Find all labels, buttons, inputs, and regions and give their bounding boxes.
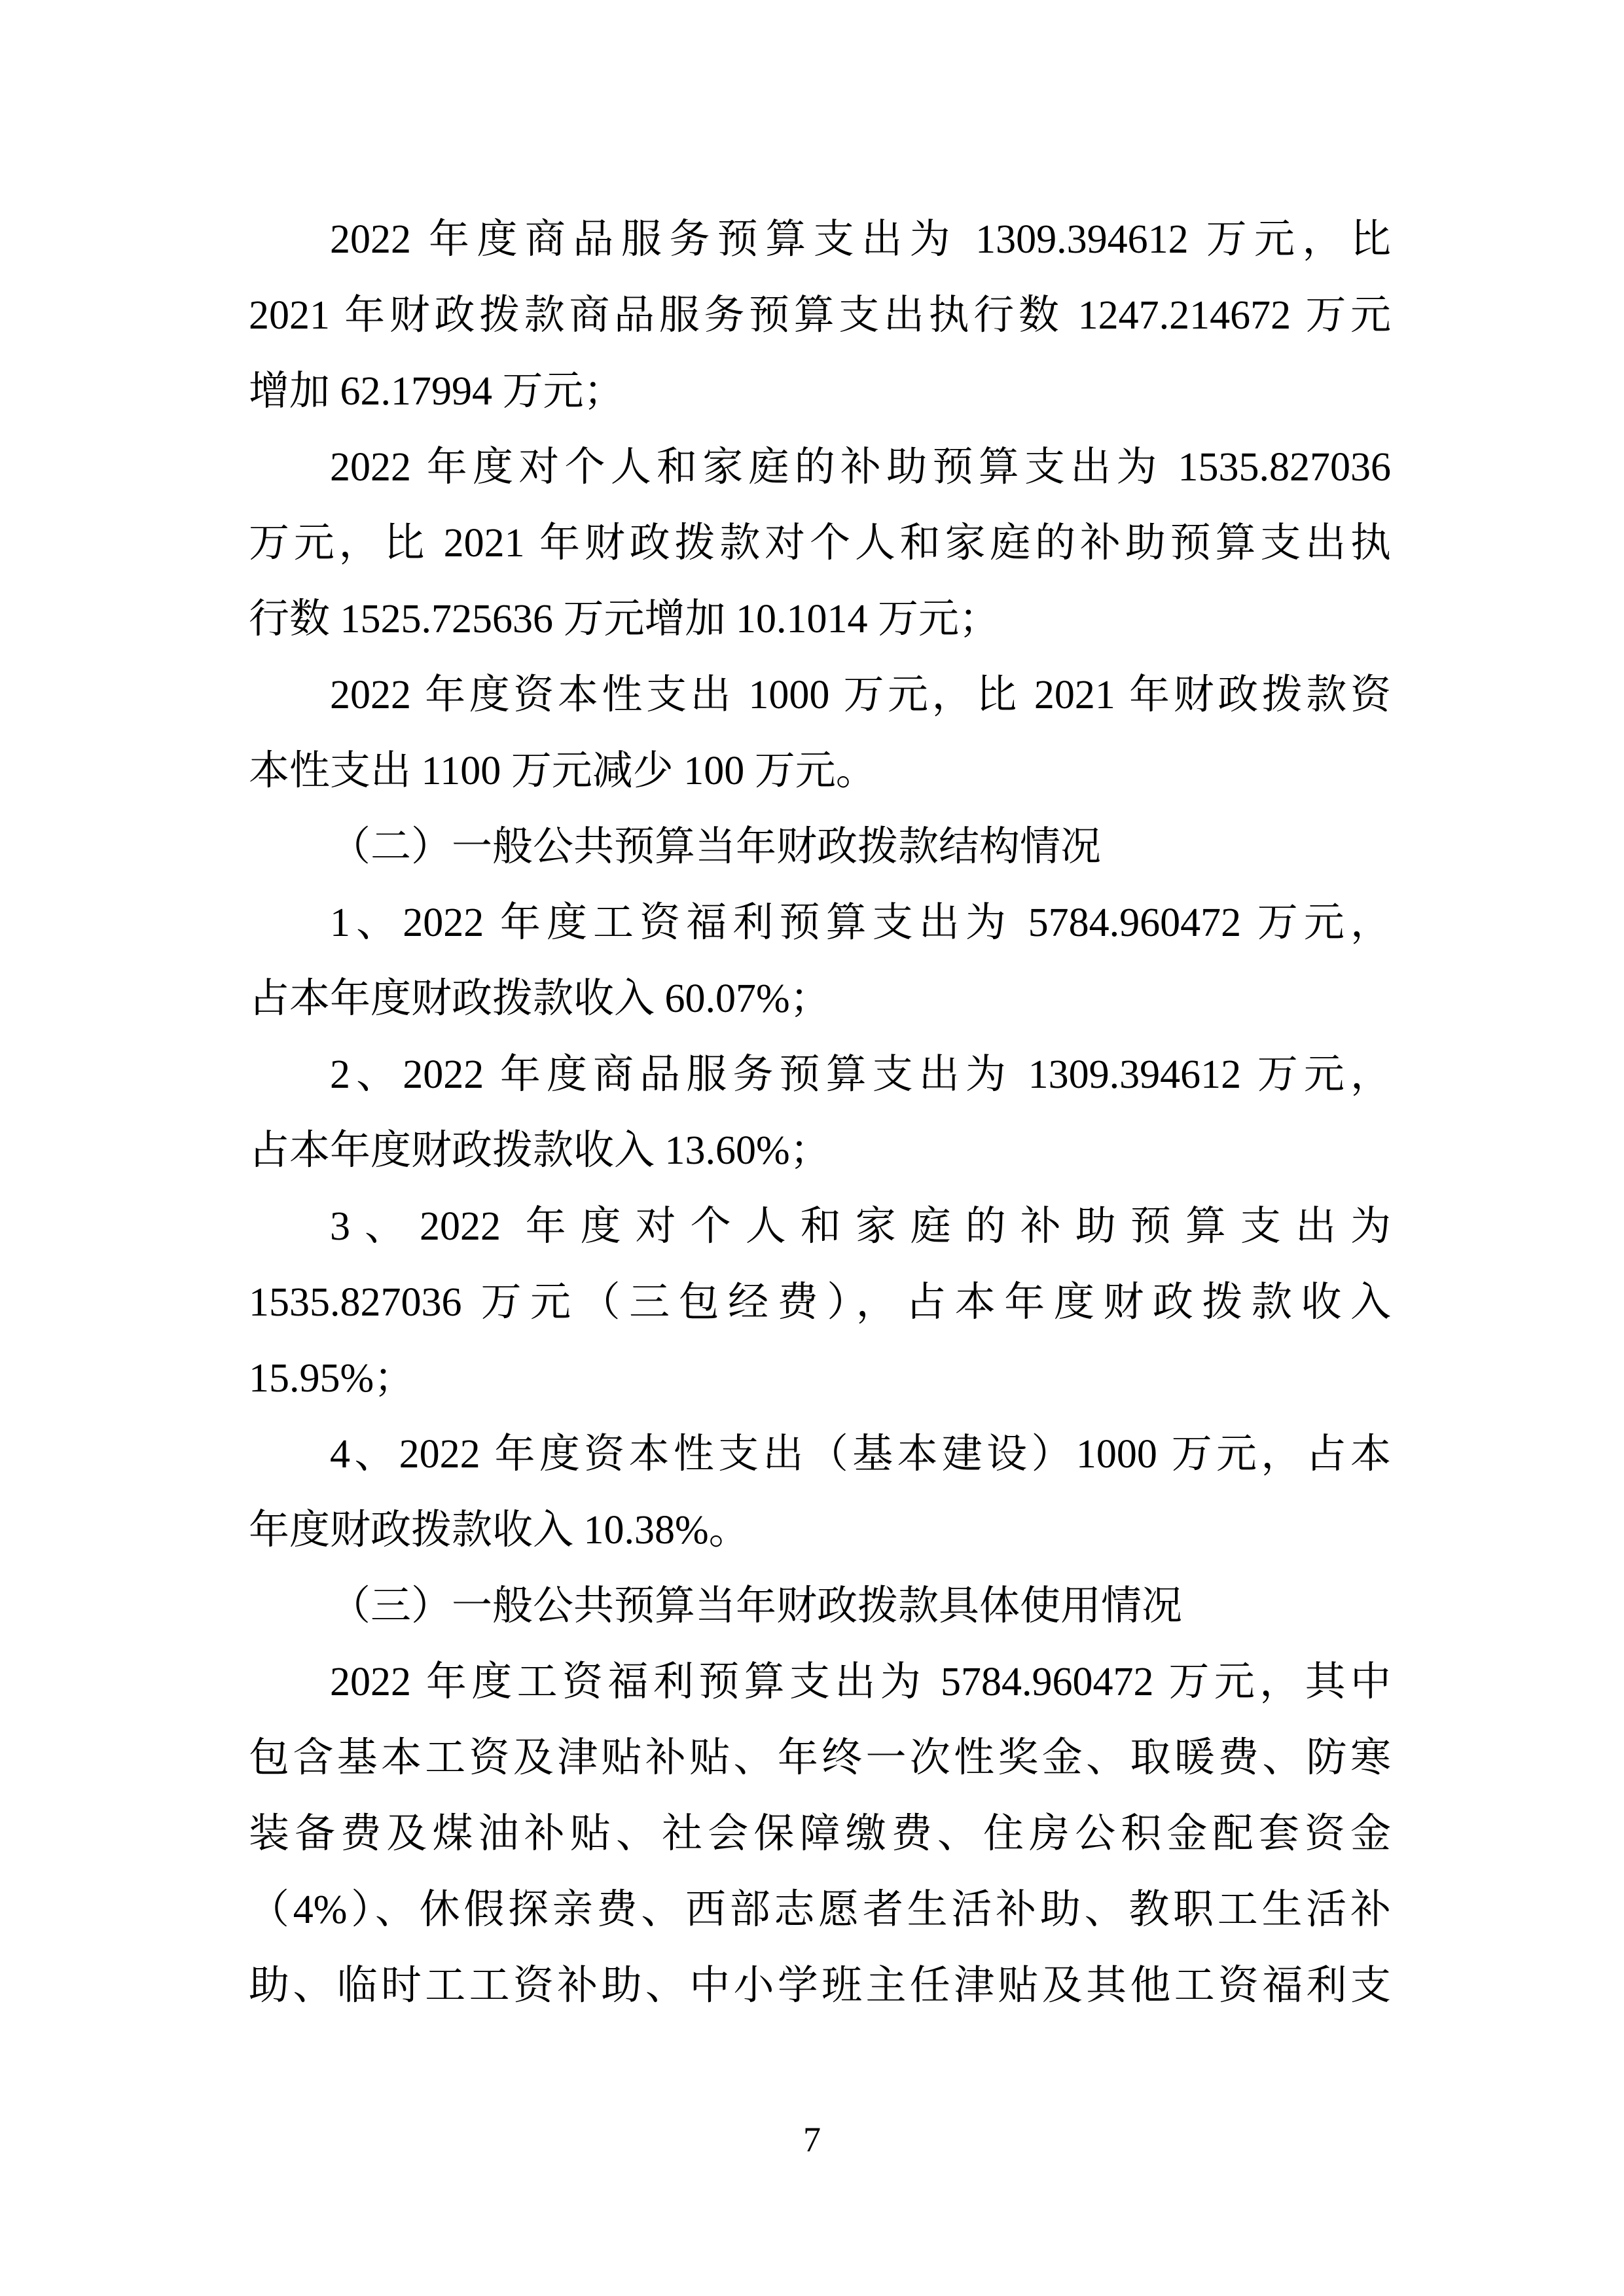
text-line: 1535.827036 万元（三包经费），占本年度财政拨款收入 <box>249 1265 1391 1340</box>
paragraph: 2022 年度资本性支出 1000 万元，比 2021 年财政拨款资本性支出 1… <box>249 657 1391 809</box>
text-line: 占本年度财政拨款收入 13.60%； <box>249 1113 1391 1189</box>
text-line: （4%）、休假探亲费、西部志愿者生活补助、教职工生活补 <box>249 1872 1391 1948</box>
text-line: 2021 年财政拨款商品服务预算支出执行数 1247.214672 万元 <box>249 278 1391 353</box>
text-line: 2、2022 年度商品服务预算支出为 1309.394612 万元， <box>249 1037 1391 1113</box>
text-line: 占本年度财政拨款收入 60.07%； <box>249 961 1391 1037</box>
document-page: 2022 年度商品服务预算支出为 1309.394612 万元，比2021 年财… <box>0 0 1624 2296</box>
paragraph: （二）一般公共预算当年财政拨款结构情况 <box>249 809 1391 885</box>
text-line: 年度财政拨款收入 10.38%。 <box>249 1492 1391 1568</box>
paragraph: 4、2022 年度资本性支出（基本建设）1000 万元，占本年度财政拨款收入 1… <box>249 1416 1391 1568</box>
text-line: 万元，比 2021 年财政拨款对个人和家庭的补助预算支出执 <box>249 505 1391 581</box>
text-line: （二）一般公共预算当年财政拨款结构情况 <box>249 809 1391 885</box>
text-line: 装备费及煤油补贴、社会保障缴费、住房公积金配套资金 <box>249 1796 1391 1872</box>
paragraph: 1、2022 年度工资福利预算支出为 5784.960472 万元，占本年度财政… <box>249 885 1391 1037</box>
text-line: 行数 1525.725636 万元增加 10.1014 万元； <box>249 581 1391 657</box>
text-line: 增加 62.17994 万元； <box>249 353 1391 429</box>
text-line: 1、2022 年度工资福利预算支出为 5784.960472 万元， <box>249 885 1391 961</box>
paragraph: 2、2022 年度商品服务预算支出为 1309.394612 万元，占本年度财政… <box>249 1037 1391 1189</box>
page-number: 7 <box>803 2119 821 2160</box>
text-line: 2022 年度对个人和家庭的补助预算支出为 1535.827036 <box>249 429 1391 505</box>
text-line: 本性支出 1100 万元减少 100 万元。 <box>249 733 1391 809</box>
text-line: 包含基本工资及津贴补贴、年终一次性奖金、取暖费、防寒 <box>249 1720 1391 1796</box>
paragraph: 3、2022 年度对个人和家庭的补助预算支出为1535.827036 万元（三包… <box>249 1189 1391 1416</box>
text-line: 15.95%； <box>249 1340 1391 1416</box>
paragraph: 2022 年度对个人和家庭的补助预算支出为 1535.827036万元，比 20… <box>249 429 1391 657</box>
text-line: 2022 年度工资福利预算支出为 5784.960472 万元，其中 <box>249 1644 1391 1720</box>
text-line: 4、2022 年度资本性支出（基本建设）1000 万元，占本 <box>249 1416 1391 1492</box>
paragraph: （三）一般公共预算当年财政拨款具体使用情况 <box>249 1568 1391 1644</box>
text-line: 助、临时工工资补助、中小学班主任津贴及其他工资福利支 <box>249 1948 1391 2024</box>
paragraph: 2022 年度商品服务预算支出为 1309.394612 万元，比2021 年财… <box>249 202 1391 429</box>
page-footer: 7 <box>0 2119 1624 2160</box>
text-line: 2022 年度商品服务预算支出为 1309.394612 万元，比 <box>249 202 1391 278</box>
paragraph: 2022 年度工资福利预算支出为 5784.960472 万元，其中包含基本工资… <box>249 1644 1391 2024</box>
text-line: （三）一般公共预算当年财政拨款具体使用情况 <box>249 1568 1391 1644</box>
document-body: 2022 年度商品服务预算支出为 1309.394612 万元，比2021 年财… <box>249 202 1391 2024</box>
text-line: 3、2022 年度对个人和家庭的补助预算支出为 <box>249 1189 1391 1265</box>
text-line: 2022 年度资本性支出 1000 万元，比 2021 年财政拨款资 <box>249 657 1391 733</box>
